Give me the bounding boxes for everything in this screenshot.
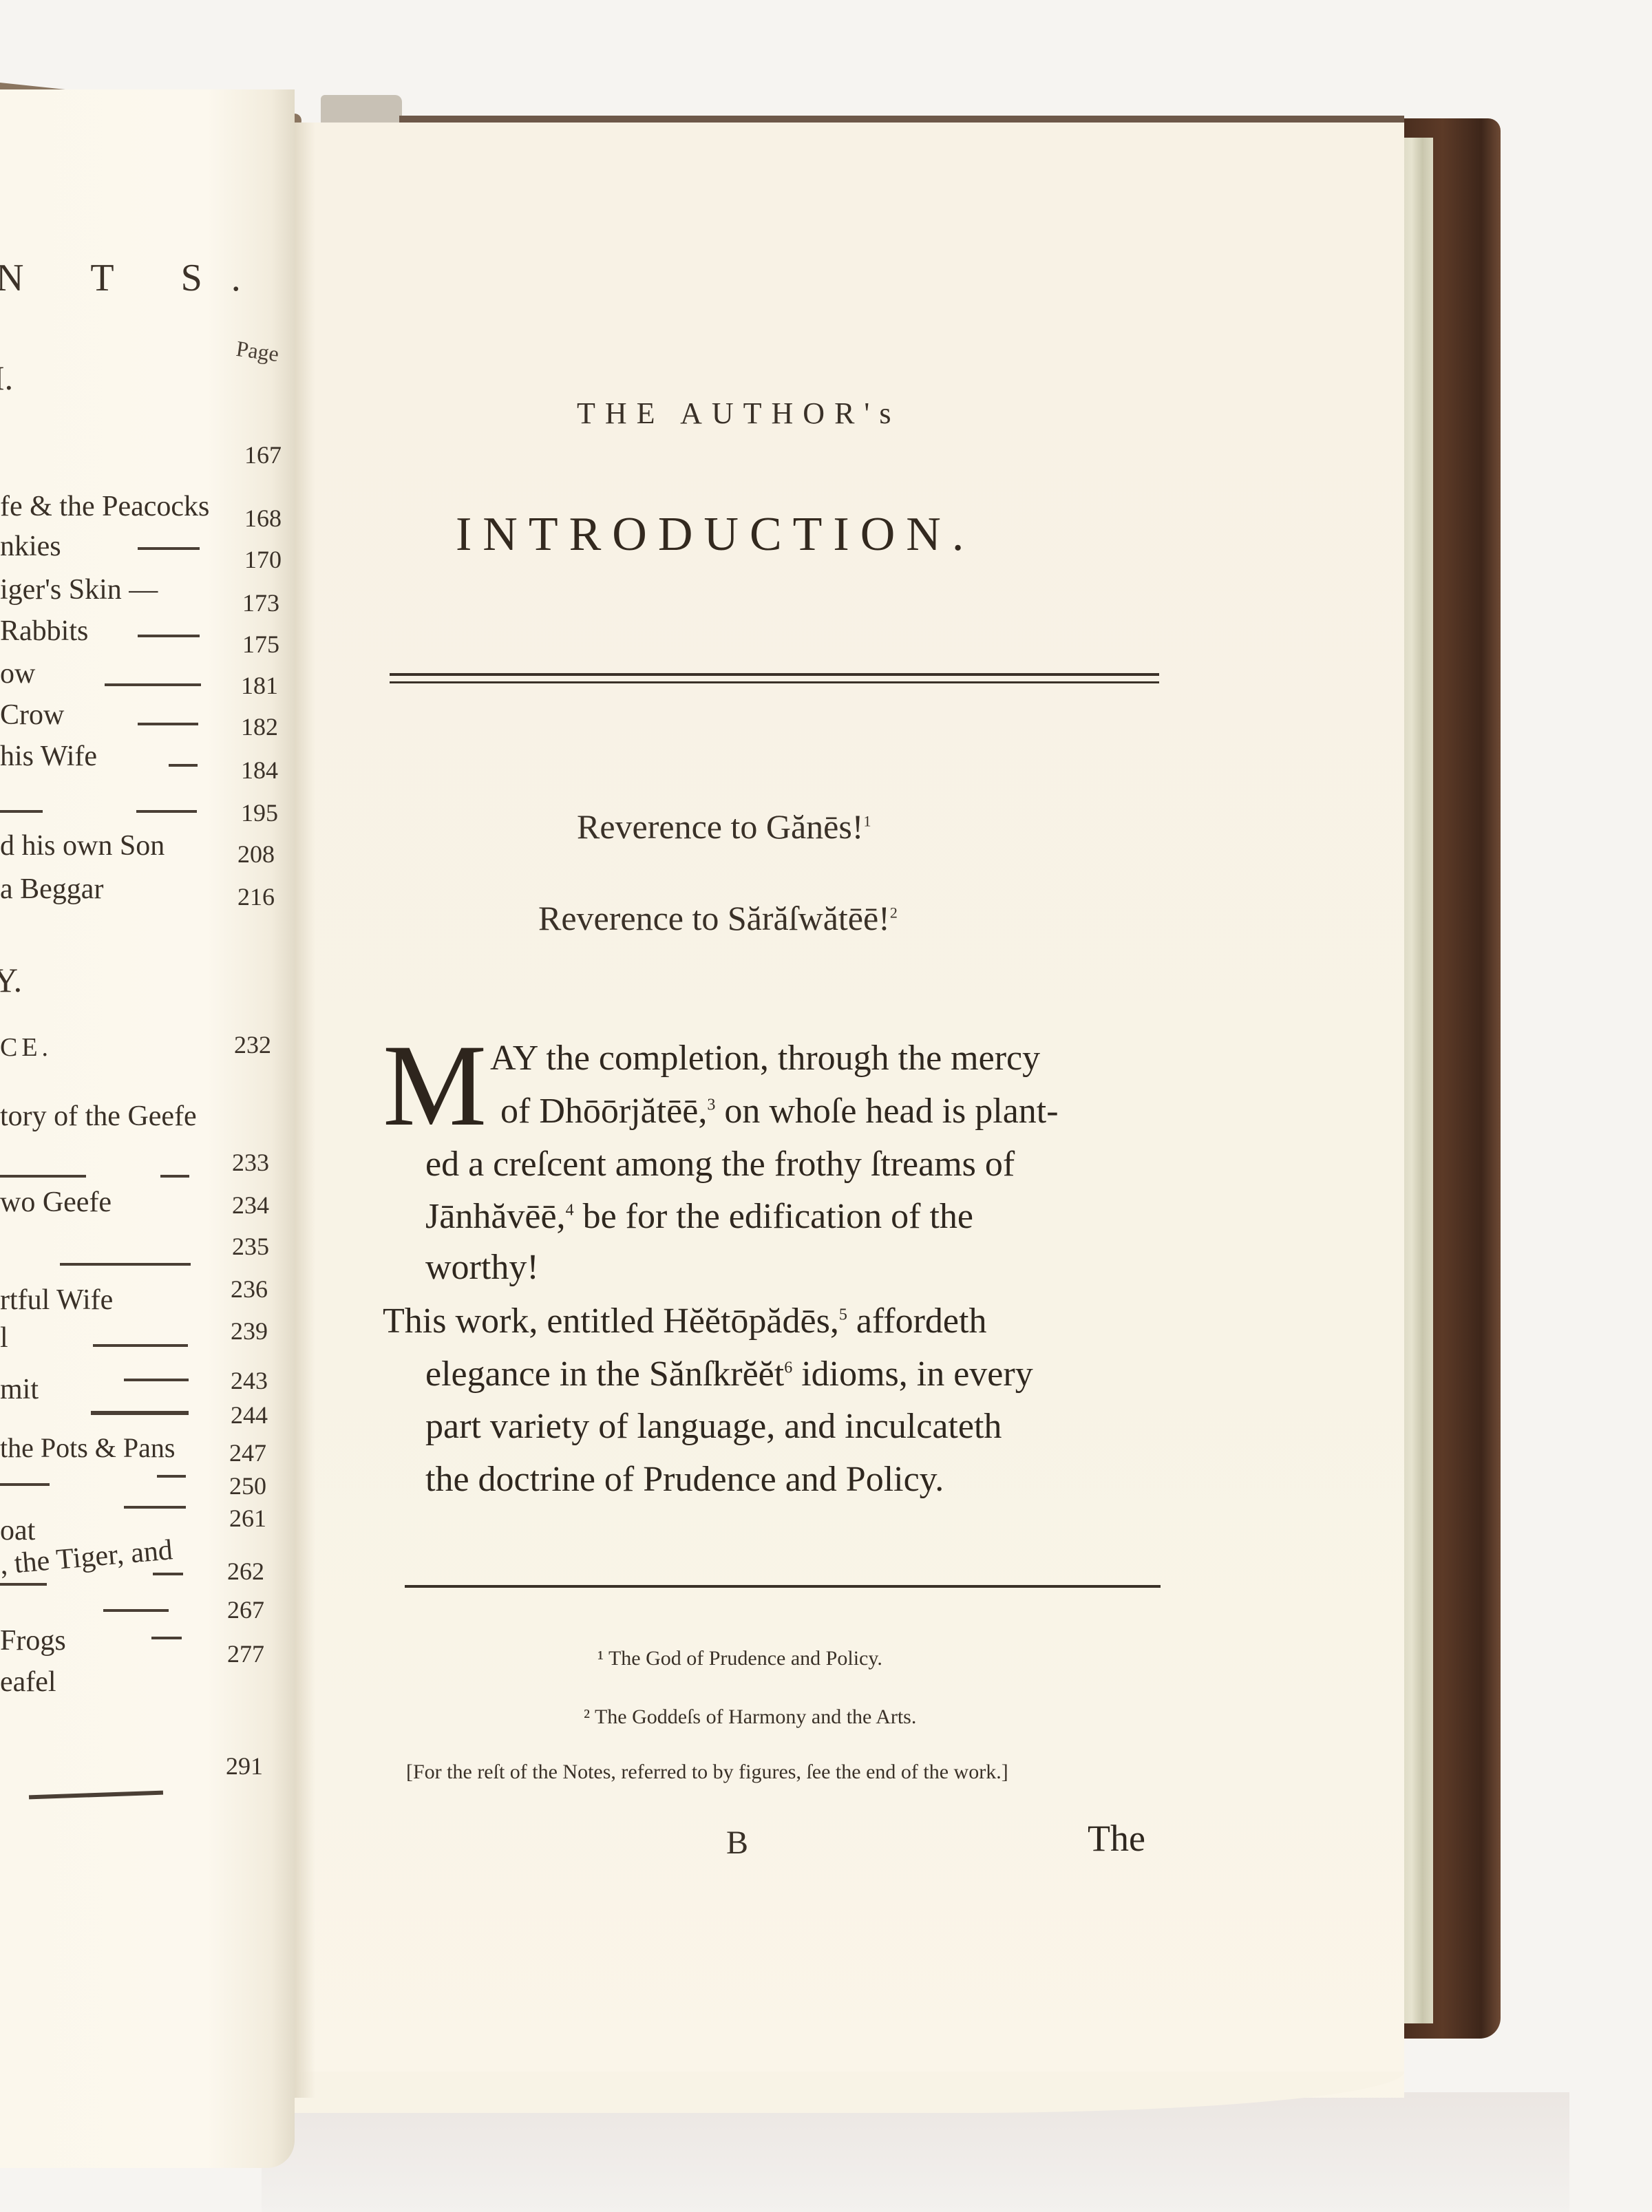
toc-page-number: 247: [229, 1438, 266, 1467]
cover-top-edge: [399, 116, 1404, 123]
toc-entry: fe & the Peacocks: [0, 490, 209, 523]
toc-page-number: 243: [231, 1366, 268, 1395]
leader-dash: [138, 635, 200, 637]
page-title: INTRODUCTION.: [456, 507, 975, 562]
footnote-2: ² The Goddeſs of Harmony and the Arts.: [584, 1705, 916, 1729]
toc-page-number: 184: [241, 756, 278, 785]
toc-entry: tory of the Geefe: [0, 1100, 197, 1133]
leader-dash: [0, 810, 43, 813]
leader-dash: [169, 764, 198, 767]
toc-entry: ow: [0, 657, 35, 690]
leader-dash: [160, 1175, 189, 1178]
toc-page-number: 291: [226, 1752, 263, 1780]
toc-page-number: 175: [242, 630, 279, 659]
leader-dash: [93, 1344, 188, 1347]
toc-entry: eafel: [0, 1666, 56, 1699]
toc-page-number: 208: [237, 840, 275, 869]
contents-heading: N T S.: [0, 256, 270, 300]
leader-dash: [91, 1411, 189, 1415]
paragraph-line: worthy!: [425, 1247, 539, 1288]
leader-dash: [0, 1583, 47, 1586]
toc-page-number: 267: [227, 1595, 264, 1624]
toc-entry: wo Geefe: [0, 1186, 112, 1219]
footnote-ref: 1: [863, 812, 871, 829]
paragraph-line: of Dhōōrjătēē,3 on whoſe head is plant-: [500, 1091, 1059, 1131]
paragraph-line: AY the completion, through the mercy: [490, 1038, 1040, 1078]
toc-page-number: 167: [244, 440, 282, 469]
double-rule-top: [390, 673, 1159, 676]
toc-page-number: 236: [231, 1275, 268, 1304]
toc-page-number: 168: [244, 504, 282, 533]
toc-page-number: 250: [229, 1471, 266, 1500]
leader-dash: [103, 1609, 169, 1612]
footnote-rule: [405, 1585, 1161, 1588]
running-title: THE AUTHOR's: [577, 396, 900, 431]
paragraph-line: part variety of language, and inculcatet…: [425, 1406, 1002, 1447]
toc-page-number: 244: [231, 1401, 268, 1429]
leader-dash: [0, 1483, 50, 1486]
leader-dash: [138, 723, 198, 725]
leader-dash: [151, 1637, 182, 1639]
leader-dash: [157, 1475, 186, 1478]
toc-entry: the Pots & Pans: [0, 1432, 175, 1464]
toc-page-number: 216: [237, 882, 275, 911]
catchword: The: [1088, 1817, 1145, 1860]
footnote-note: [For the reſt of the Notes, referred to …: [406, 1761, 1008, 1784]
toc-page-number: 239: [231, 1317, 268, 1346]
leader-dash: [124, 1379, 189, 1381]
toc-section-entry: CE.: [0, 1032, 52, 1063]
toc-page-number: 234: [232, 1191, 269, 1220]
leader-dash: [136, 810, 197, 813]
toc-entry: Frogs: [0, 1624, 66, 1657]
toc-page-number: 195: [241, 798, 278, 827]
invocation-saraswatee: Reverence to Sărăſwătēē!2: [538, 898, 898, 938]
chapter-marker: Y.: [0, 960, 22, 1000]
leader-dash: [105, 683, 201, 686]
leader-dash: [138, 547, 200, 550]
paragraph-line: This work, entitled Hĕĕtōpădēs,5 afforde…: [383, 1301, 986, 1341]
toc-page-number: 170: [244, 545, 282, 574]
toc-entry: iger's Skin —: [0, 573, 158, 606]
toc-page-number: 233: [232, 1148, 269, 1177]
toc-entry: Rabbits: [0, 615, 88, 648]
leader-dash: [124, 1506, 186, 1509]
paragraph-line: Jānhăvēē,4 be for the edification of the: [425, 1196, 973, 1237]
toc-page-number: 182: [241, 712, 278, 741]
chapter-marker: I.: [0, 358, 13, 398]
double-rule-bottom: [390, 681, 1159, 683]
invocation-ganes: Reverence to Gănēs!1: [577, 807, 871, 847]
leader-dash: [0, 1175, 86, 1178]
headband: [321, 95, 402, 125]
toc-entry: oat: [0, 1514, 35, 1547]
paragraph-line: the doctrine of Prudence and Policy.: [425, 1459, 944, 1500]
toc-page-number: 232: [234, 1030, 271, 1059]
toc-page-number: 262: [227, 1557, 264, 1586]
toc-page-number: 235: [232, 1232, 269, 1261]
footnote-1: ¹ The God of Prudence and Policy.: [597, 1647, 882, 1670]
toc-entry: d his own Son: [0, 829, 165, 862]
toc-entry: a Beggar: [0, 873, 103, 906]
toc-page-number: 173: [242, 588, 279, 617]
paragraph-line: elegance in the Sănſkrĕĕt6 idioms, in ev…: [425, 1354, 1033, 1394]
toc-entry: rtful Wife: [0, 1284, 113, 1317]
drop-cap: M: [383, 1034, 487, 1137]
footnote-ref: 2: [890, 904, 898, 921]
signature-mark: B: [726, 1824, 748, 1862]
paragraph-line: ed a creſcent among the frothy ſtreams o…: [425, 1144, 1015, 1184]
toc-page-number: 261: [229, 1504, 266, 1533]
leader-dash: [60, 1263, 191, 1266]
toc-entry: l: [0, 1321, 8, 1354]
toc-entry: mit: [0, 1373, 39, 1406]
toc-page-number: 277: [227, 1639, 264, 1668]
gutter-shadow: [295, 123, 315, 2098]
toc-entry: nkies: [0, 530, 61, 563]
leader-dash: [153, 1573, 183, 1575]
toc-entry: his Wife: [0, 740, 97, 773]
toc-entry: Crow: [0, 699, 64, 732]
toc-page-number: 181: [241, 671, 278, 700]
